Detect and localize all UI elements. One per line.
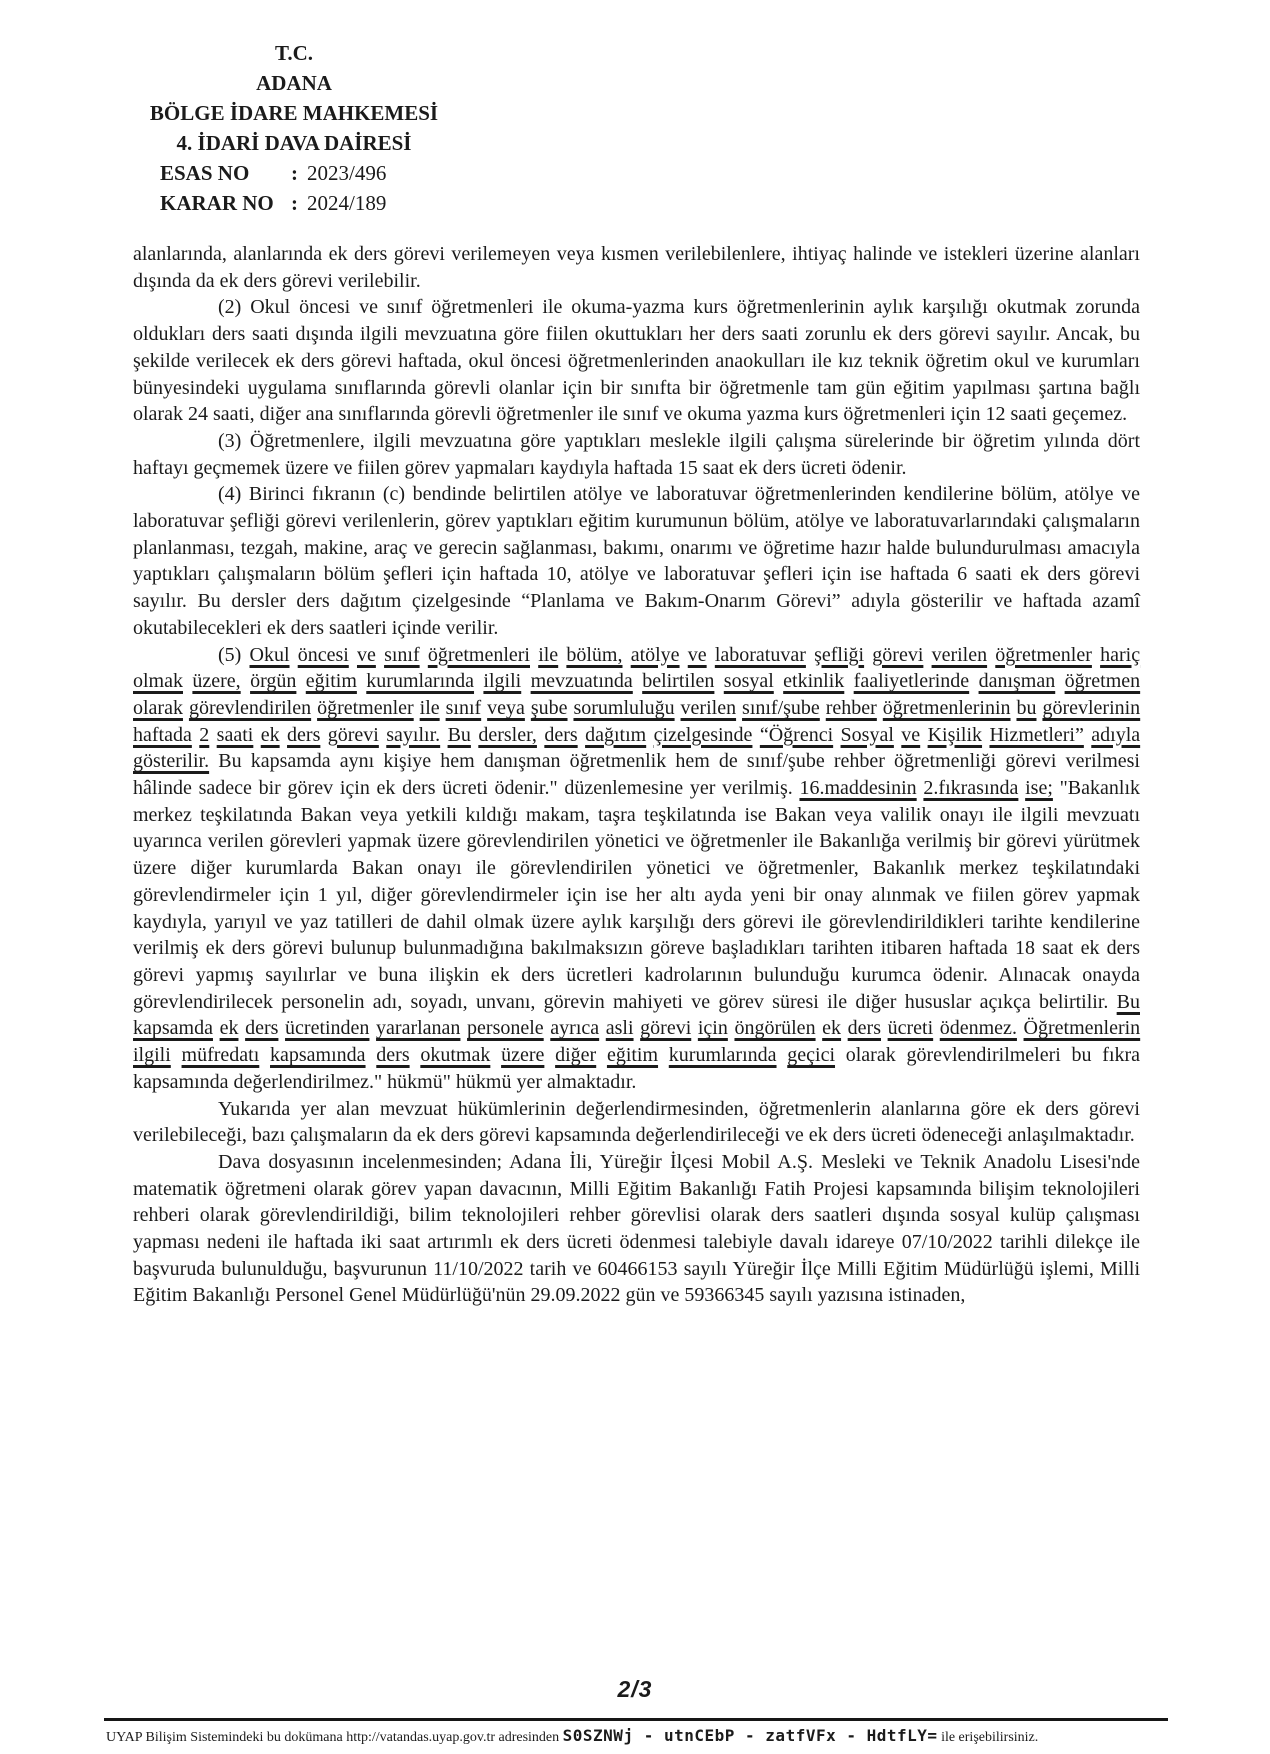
underlined-text: örgün	[250, 670, 296, 692]
underlined-text: olmak	[133, 670, 183, 692]
underlined-text: ayrıca	[550, 1017, 599, 1039]
text-run: Dava dosyasının incelenmesinden; Adana İ…	[133, 1151, 1140, 1307]
court-decision-page: T.C. ADANA BÖLGE İDARE MAHKEMESİ 4. İDAR…	[0, 0, 1270, 1754]
underlined-text: personele	[467, 1017, 544, 1039]
underlined-text: görevlerinin	[1042, 697, 1140, 719]
underlined-text: müfredatı	[182, 1044, 260, 1066]
underlined-text: şefliği	[814, 644, 864, 666]
underlined-text: görevi	[872, 644, 923, 666]
underlined-text: verilen	[681, 697, 737, 719]
underlined-text: sosyal	[724, 670, 774, 692]
underlined-text: Bu	[448, 724, 471, 746]
header-tc: T.C.	[133, 38, 455, 68]
underlined-text: verilen	[932, 644, 988, 666]
header-chamber-name: 4. İDARİ DAVA DAİRESİ	[133, 128, 455, 158]
underlined-text: ders	[287, 724, 320, 746]
underlined-text: okutmak	[420, 1044, 490, 1066]
underlined-text: ile	[538, 644, 558, 666]
underlined-text: Bu	[1117, 991, 1140, 1013]
underlined-text: kurumlarında	[669, 1044, 777, 1066]
underlined-text: bölüm,	[566, 644, 622, 666]
underlined-text: eğitim	[306, 670, 357, 692]
underlined-text: ücretinden	[285, 1017, 369, 1039]
underlined-text: ders	[245, 1017, 278, 1039]
underlined-text: görevlendirilen	[189, 697, 311, 719]
document-body: alanlarında, alanlarında ek ders görevi …	[133, 241, 1140, 1309]
paragraph: (3) Öğretmenlere, ilgili mevzuatına göre…	[133, 428, 1140, 481]
footer-access-code: S0SZNWj - utnCEbP - zatfVFx - HdtfLY=	[563, 1726, 938, 1745]
karar-no-value: 2024/189	[307, 188, 386, 218]
underlined-text: kapsamında	[270, 1044, 366, 1066]
text-run: "Bakanlık merkez teşkilatında Bakan veya…	[133, 777, 1140, 1013]
underlined-text: sınıf	[446, 697, 482, 719]
underlined-text: çizelgesinde	[654, 724, 753, 746]
underlined-text: ve	[688, 644, 707, 666]
underlined-text: ve	[901, 724, 920, 746]
header-court-name: BÖLGE İDARE MAHKEMESİ	[133, 98, 455, 128]
paragraph: Yukarıda yer alan mevzuat hükümlerinin d…	[133, 1096, 1140, 1149]
underlined-text: sınıf/şube	[742, 697, 820, 719]
underlined-text: 2	[199, 724, 209, 746]
underlined-text: ile	[420, 697, 440, 719]
paragraph: (5) Okul öncesi ve sınıf öğretmenleri il…	[133, 642, 1140, 1096]
underlined-text: adıyla	[1091, 724, 1140, 746]
underlined-text: dağıtım	[585, 724, 646, 746]
underlined-text: ücreti	[888, 1017, 934, 1039]
underlined-text: öğretmenleri	[428, 644, 530, 666]
underlined-text: öğretmenler	[317, 697, 414, 719]
underlined-text: danışman	[979, 670, 1056, 692]
paragraph: (2) Okul öncesi ve sınıf öğretmenleri il…	[133, 294, 1140, 428]
underlined-text: belirtilen	[642, 670, 714, 692]
underlined-text: etkinlik	[783, 670, 844, 692]
underlined-text: atölye	[631, 644, 680, 666]
underlined-text: 16.maddesinin	[799, 777, 916, 799]
karar-no-row: KARAR NO : 2024/189	[133, 188, 455, 218]
underlined-text: öğretmenlerinin	[883, 697, 1011, 719]
underlined-text: ek	[261, 724, 280, 746]
underlined-text: Okul	[250, 644, 290, 666]
esas-no-colon: :	[291, 158, 298, 188]
underlined-text: dersler,	[478, 724, 537, 746]
underlined-text: kurumlarında	[366, 670, 474, 692]
underlined-text: diğer	[555, 1044, 596, 1066]
text-run: (2) Okul öncesi ve sınıf öğretmenleri il…	[133, 296, 1140, 425]
underlined-text: eğitim	[607, 1044, 658, 1066]
underlined-text: için	[698, 1017, 728, 1039]
underlined-text: mevzuatında	[531, 670, 633, 692]
underlined-text: ders	[376, 1044, 409, 1066]
underlined-text: saati	[217, 724, 254, 746]
underlined-text: laboratuvar	[715, 644, 806, 666]
footer-access-text-prefix: UYAP Bilişim Sistemindeki bu dokümana ht…	[106, 1730, 559, 1745]
underlined-text: görevi	[640, 1017, 691, 1039]
underlined-text: “Öğrenci	[760, 724, 833, 746]
esas-no-value: 2023/496	[307, 158, 386, 188]
underlined-text: ilgili	[133, 1044, 171, 1066]
footer: UYAP Bilişim Sistemindeki bu dokümana ht…	[106, 1726, 1186, 1746]
underlined-text: sınıf	[384, 644, 420, 666]
underlined-text: asli	[606, 1017, 634, 1039]
court-header: T.C. ADANA BÖLGE İDARE MAHKEMESİ 4. İDAR…	[133, 38, 455, 218]
underlined-text: ilgili	[483, 670, 521, 692]
underlined-text: ek	[220, 1017, 239, 1039]
underlined-text: rehber	[826, 697, 877, 719]
underlined-text: ödenmez.	[940, 1017, 1017, 1039]
underlined-text: öngörülen	[734, 1017, 815, 1039]
text-run: (5)	[218, 644, 250, 666]
text-run: Yukarıda yer alan mevzuat hükümlerinin d…	[133, 1098, 1140, 1147]
paragraph: alanlarında, alanlarında ek ders görevi …	[133, 241, 1140, 294]
underlined-text: sayılır.	[386, 724, 440, 746]
underlined-text: 2.fıkrasında	[923, 777, 1018, 799]
underlined-text: ve	[357, 644, 376, 666]
paragraph: Dava dosyasının incelenmesinden; Adana İ…	[133, 1149, 1140, 1309]
text-run: alanlarında, alanlarında ek ders görevi …	[133, 243, 1140, 292]
underlined-text: şube	[531, 697, 568, 719]
karar-no-colon: :	[291, 188, 298, 218]
underlined-text: ders	[848, 1017, 881, 1039]
underlined-text: üzere	[501, 1044, 544, 1066]
underlined-text: ders	[544, 724, 577, 746]
underlined-text: Hizmetleri”	[989, 724, 1083, 746]
underlined-text: sorumluluğu	[573, 697, 674, 719]
paragraph: (4) Birinci fıkranın (c) bendinde belirt…	[133, 481, 1140, 641]
underlined-text: görevi	[328, 724, 379, 746]
underlined-text: geçici	[787, 1044, 835, 1066]
underlined-text: öğretmenler	[995, 644, 1092, 666]
underlined-text: ise;	[1025, 777, 1053, 799]
underlined-text: haftada	[133, 724, 192, 746]
esas-no-label: ESAS NO	[160, 158, 291, 188]
underlined-text: ek	[822, 1017, 841, 1039]
underlined-text: öğretmen	[1065, 670, 1141, 692]
text-run: (3) Öğretmenlere, ilgili mevzuatına göre…	[133, 430, 1140, 479]
karar-no-label: KARAR NO	[160, 188, 291, 218]
underlined-text: yararlanan	[376, 1017, 460, 1039]
underlined-text: bu	[1016, 697, 1036, 719]
underlined-text: olarak	[133, 697, 183, 719]
underlined-text: öncesi	[298, 644, 349, 666]
underlined-text: Öğretmenlerin	[1024, 1017, 1141, 1039]
underlined-text: veya	[487, 697, 525, 719]
underlined-text: kapsamda	[133, 1017, 213, 1039]
header-city: ADANA	[133, 68, 455, 98]
text-run: (4) Birinci fıkranın (c) bendinde belirt…	[133, 483, 1140, 639]
underlined-text: hariç	[1100, 644, 1140, 666]
underlined-text: Sosyal	[841, 724, 894, 746]
page-number: 2/3	[0, 1676, 1270, 1703]
underlined-text: üzere,	[192, 670, 240, 692]
footer-divider	[104, 1718, 1168, 1721]
underlined-text: Kişilik	[928, 724, 982, 746]
footer-access-text-suffix: ile erişebilirsiniz.	[941, 1730, 1038, 1745]
underlined-text: gösterilir.	[133, 750, 209, 772]
esas-no-row: ESAS NO : 2023/496	[133, 158, 455, 188]
underlined-text: faaliyetlerinde	[854, 670, 970, 692]
